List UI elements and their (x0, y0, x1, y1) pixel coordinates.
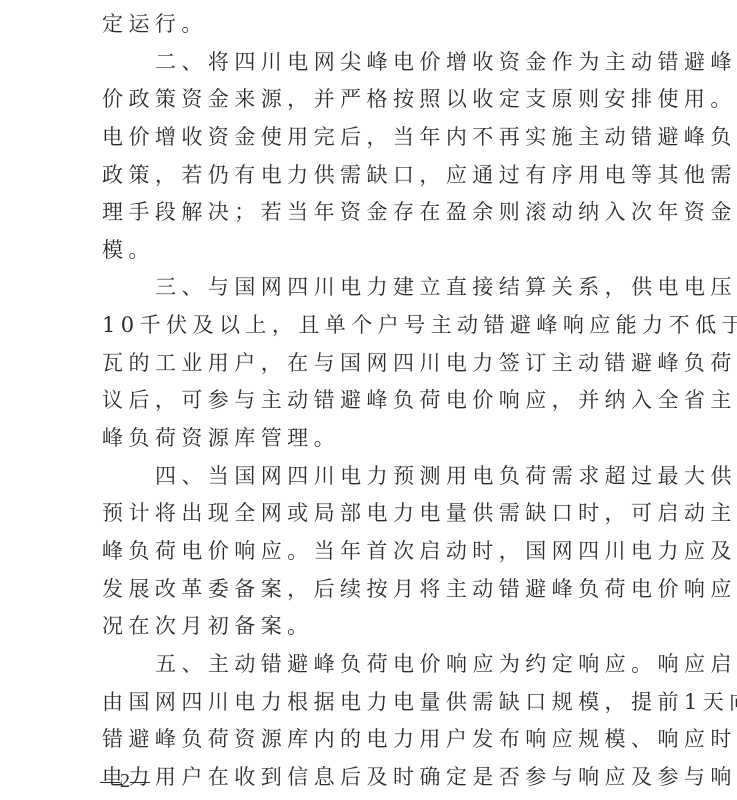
page-number: —2— (100, 770, 150, 793)
text-line: 定运行。 (102, 6, 642, 44)
text-line: 峰负荷电价响应。当年首次启动时，国网四川电力应及时报省 (102, 533, 642, 571)
text-line: 发展改革委备案，后续按月将主动错避峰负荷电价响应启动情 (102, 571, 642, 609)
text-line: 议后，可参与主动错避峰负荷电价响应，并纳入全省主动错避 (102, 382, 642, 420)
text-line-section-5-start: 五、主动错避峰负荷电价响应为约定响应。响应启动后， (102, 646, 642, 684)
text-line: 政策，若仍有电力供需缺口，应通过有序用电等其他需求侧管 (102, 157, 642, 195)
text-line-section-4-start: 四、当国网四川电力预测用电负荷需求超过最大供应能力， (102, 458, 642, 496)
text-line: 10千伏及以上，且单个户号主动错避峰响应能力不低于200千 (102, 307, 642, 345)
text-line: 由国网四川电力根据电力电量供需缺口规模，提前1天向主动 (102, 684, 642, 722)
text-line: 电力用户在收到信息后及时确定是否参与响应及参与响应的负 (102, 759, 642, 797)
text-line-section-2-start: 二、将四川电网尖峰电价增收资金作为主动错避峰负荷电 (102, 44, 642, 82)
text-line: 峰负荷资源库管理。 (102, 420, 642, 458)
text-line: 瓦的工业用户，在与国网四川电力签订主动错避峰负荷响应协 (102, 345, 642, 383)
text-line: 理手段解决；若当年资金存在盈余则滚动纳入次年资金来源规 (102, 194, 642, 232)
text-line: 价政策资金来源，并严格按照以收定支原则安排使用。当尖峰 (102, 81, 642, 119)
document-body: 定运行。 二、将四川电网尖峰电价增收资金作为主动错避峰负荷电 价政策资金来源，并… (102, 6, 642, 796)
text-line: 况在次月初备案。 (102, 608, 642, 646)
text-line-section-3-start: 三、与国网四川电力建立直接结算关系，供电电压等级在 (102, 269, 642, 307)
text-line: 电价增收资金使用完后，当年内不再实施主动错避峰负荷电价 (102, 119, 642, 157)
text-line: 错避峰负荷资源库内的电力用户发布响应规模、响应时段等。 (102, 721, 642, 759)
text-line: 模。 (102, 232, 642, 270)
text-line: 预计将出现全网或局部电力电量供需缺口时，可启动主动错避 (102, 495, 642, 533)
